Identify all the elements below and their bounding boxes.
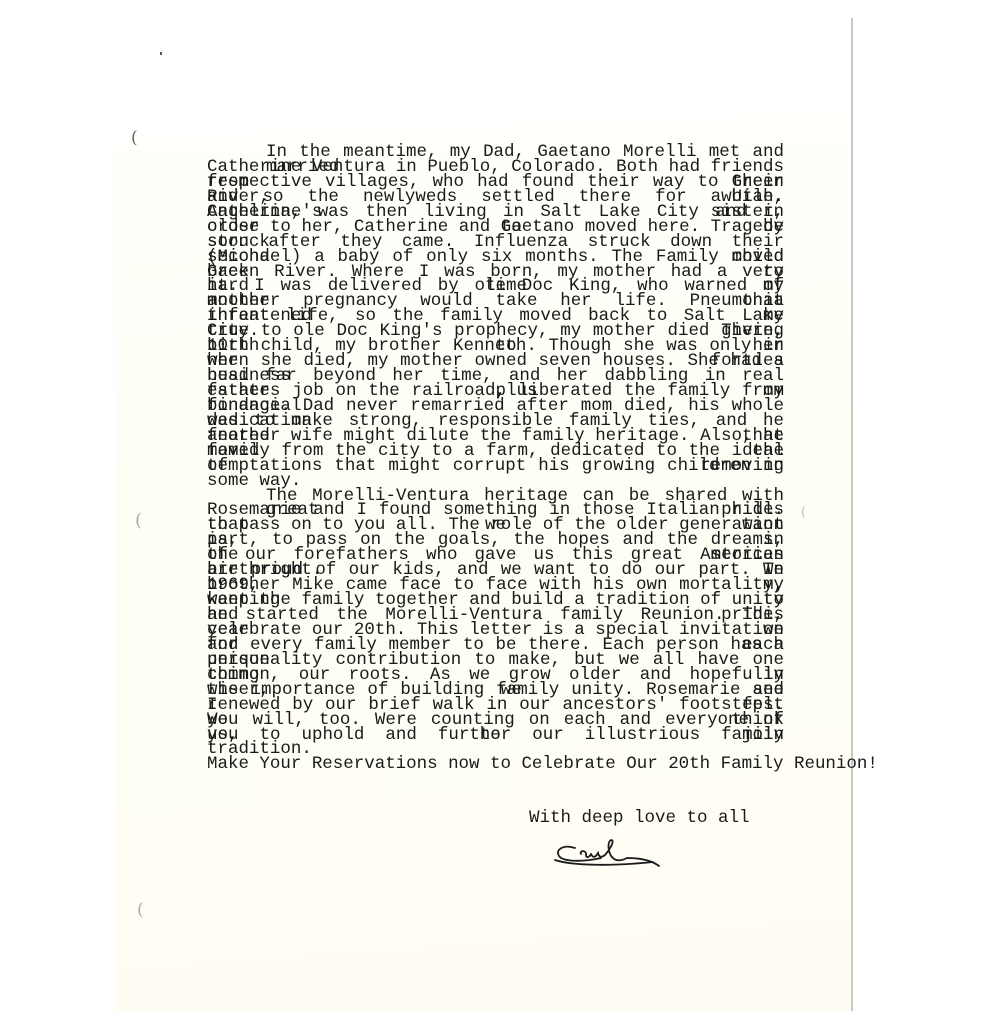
closing-salutation: With deep love to all: [529, 808, 750, 828]
punch-mark-middle: (: [135, 510, 142, 531]
speck-mark: [160, 52, 162, 55]
paragraph-family-history: In the meantime, my Dad, Gaetano Morelli…: [207, 145, 784, 474]
signature-carl: [553, 836, 668, 876]
punch-mark-top: (: [131, 128, 138, 148]
text-line: temptations that might corrupt his growi…: [207, 459, 784, 474]
paragraph-heritage: The Morelli-Ventura heritage can be shar…: [207, 489, 784, 743]
text-line: us, to uphold and further our illustriou…: [207, 728, 784, 743]
reservation-call-to-action: Make Your Reservations now to Celebrate …: [207, 757, 784, 772]
punch-mark-bottom: (: [137, 900, 144, 920]
letter-body: In the meantime, my Dad, Gaetano Morelli…: [207, 145, 784, 772]
margin-mark-right: (: [801, 505, 806, 520]
page-edge-rule: [851, 18, 853, 1011]
